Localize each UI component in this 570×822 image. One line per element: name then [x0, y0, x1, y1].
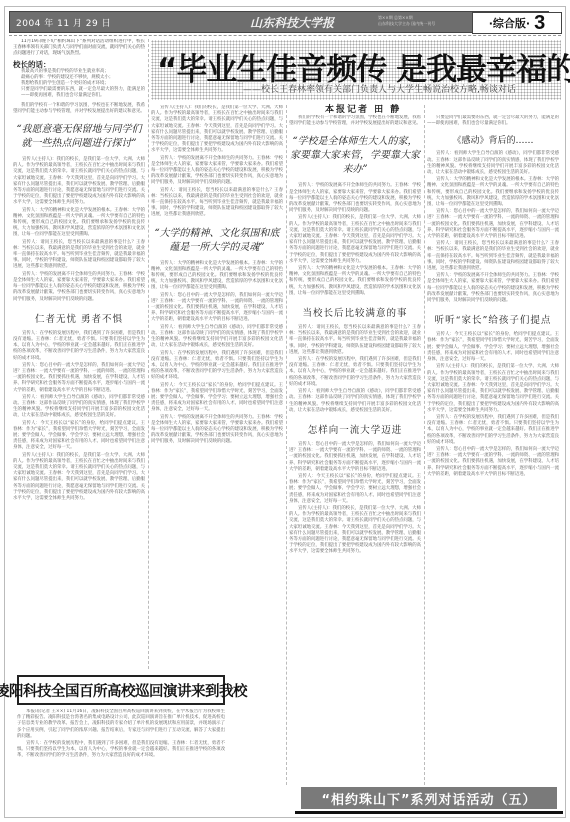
section-body: 宣传人：学校的发展离不开全体师生的共同努力。王春林：学校是全体师生大人的家，家要…	[289, 183, 421, 297]
section-heading: 听听“家长”给孩子们提点	[427, 312, 559, 326]
column-4: 只要是同学们最需要的东西，就一定会尽最大的努力，能满足的——即使再困难，我们也会…	[427, 115, 559, 783]
intro-item: 只要是同学们最需要的东西，就一定会尽最大的努力，能满足的——即使再困难，我们也会…	[13, 87, 145, 99]
issue-date: 2004 年 11 月 29 日	[16, 16, 111, 29]
newspaper-logo: 山东科技大学报	[250, 14, 334, 31]
section-heading: 仁者无忧 勇者不惧	[13, 311, 145, 325]
section-heading: 怎样向一流大学迈进	[289, 422, 421, 436]
section-name: ·综合版·	[489, 15, 530, 31]
series-banner-text: “相约珠山下”系列对话活动（五）	[321, 789, 536, 808]
section-body: 宣传人：今天王校长以“家长”的身份，给同学们提点建议。王春林：作为“家长”，我希…	[427, 332, 559, 478]
byline: 本报记者 田 静	[325, 102, 401, 115]
section-body: 宣传人(主持人)：我们的校长，是我们第一位大学、大洲、大师的人。作为学校的最高领…	[151, 105, 283, 219]
section-heading: “我愿意毫无保留地与同学们就一些热点问题进行探讨”	[13, 123, 145, 151]
section-body: 只要是同学们最需要的东西，就一定会尽最大的努力，能满足的——即使再困难，我们也会…	[427, 115, 559, 127]
series-banner: “相约珠山下”系列对话活动（五）	[301, 787, 557, 809]
section-body: 宣传人：大学的精神和文化是大学发展的根本。王春林：大学的精神、文化氛围和底蕴是一…	[151, 261, 283, 446]
section-label: ·综合版· 3	[472, 12, 562, 34]
sub-headline: ——校长王春林率领有关部门负责人与大学生畅说治校方略,畅谈对话	[243, 82, 516, 95]
section-heading: 当校长后比较满意的事	[289, 305, 421, 319]
column-2: 宣传人(主持人)：我们的校长，是我们第一位大学、大洲、大师的人。作为学校的最高领…	[151, 105, 283, 667]
section-body: 宣传人：看到师大学生自导自演的《感动》，同学们都非常受感动。王春林：这部作品反映…	[427, 151, 559, 304]
column-1: 11月19日晚下旬“相约珠山下”系列对话活动组织进行中，校长王春林率领有关部门负…	[13, 39, 145, 669]
banner-underline	[295, 811, 563, 814]
section-heading: “大学的精神、文化氛围和底蕴是一所大学的灵魂”	[151, 227, 283, 255]
section-body: 宣传人：请问王校长，您当校长以来最满意的事是什么？王春林：当校长以来，我最满意的…	[289, 325, 421, 414]
bottom-story-headline: 凌阳科技全国百所高校巡回演讲来到我校	[0, 680, 247, 701]
bottom-story-headline-box: 凌阳科技全国百所高校巡回演讲来到我校	[17, 675, 225, 705]
page-number: 3	[534, 12, 545, 35]
intro-lead: 11月19日晚下旬“相约珠山下”系列对话活动组织进行中，校长王春林率领有关部门负…	[13, 39, 145, 58]
column-divider	[286, 105, 287, 785]
headline-block: “毕业生佳音频传 是我最幸福的事” ——校长王春林率领有关部门负责人与大学生畅说…	[151, 40, 561, 100]
column-divider	[148, 39, 149, 669]
bottom-story-body: 本报讯(记者 王××) 11月16日，凌阳科技全国百所高校巡回演讲来到我校，在学…	[17, 709, 225, 817]
section-body: 宣传人：在学校的发展历程中，我们遇到了许多困难，但是我们没有退缩。王春林：仁者无…	[13, 331, 145, 502]
column-3: 我们的学校有一个和谐的学习氛围，学校也在不断地发展，我希望同学们能主动参与学校管…	[289, 115, 421, 783]
divider	[9, 35, 561, 36]
intro-tail: 我们的学校有一个和谐的学习氛围，学校也在不断地发展，我希望同学们能主动参与学校管…	[13, 103, 145, 115]
section-body: 宣传人(主持人)：我们的校长，是我们第一位大学、大洲、大师的人。作为学校的最高领…	[13, 157, 145, 303]
masthead: 2004 年 11 月 29 日 山东科技大学报 第××期 总第××期 山东科技…	[9, 11, 549, 33]
section-heading: “学校是全体师生大人的家，家要靠大家来管，学要靠大家来办”	[289, 135, 421, 177]
column-divider	[424, 105, 425, 785]
newspaper-page: 2004 年 11 月 29 日 山东科技大学报 第××期 总第××期 山东科技…	[4, 6, 566, 818]
section-body: 宣传人：您心目中的一流大学是怎样的，我们如何向一流大学迈进？王春林：一流大学要有…	[289, 442, 421, 556]
intro-box: 11月19日晚下旬“相约珠山下”系列对话活动组织进行中，校长王春林率领有关部门负…	[13, 39, 145, 115]
intro-label: 校长的话：	[13, 61, 145, 68]
section-body: 我们的学校有一个和谐的学习氛围，学校也在不断地发展，我希望同学们能主动参与学校管…	[289, 115, 421, 127]
section-heading: 《感动》背后的……	[427, 133, 559, 146]
